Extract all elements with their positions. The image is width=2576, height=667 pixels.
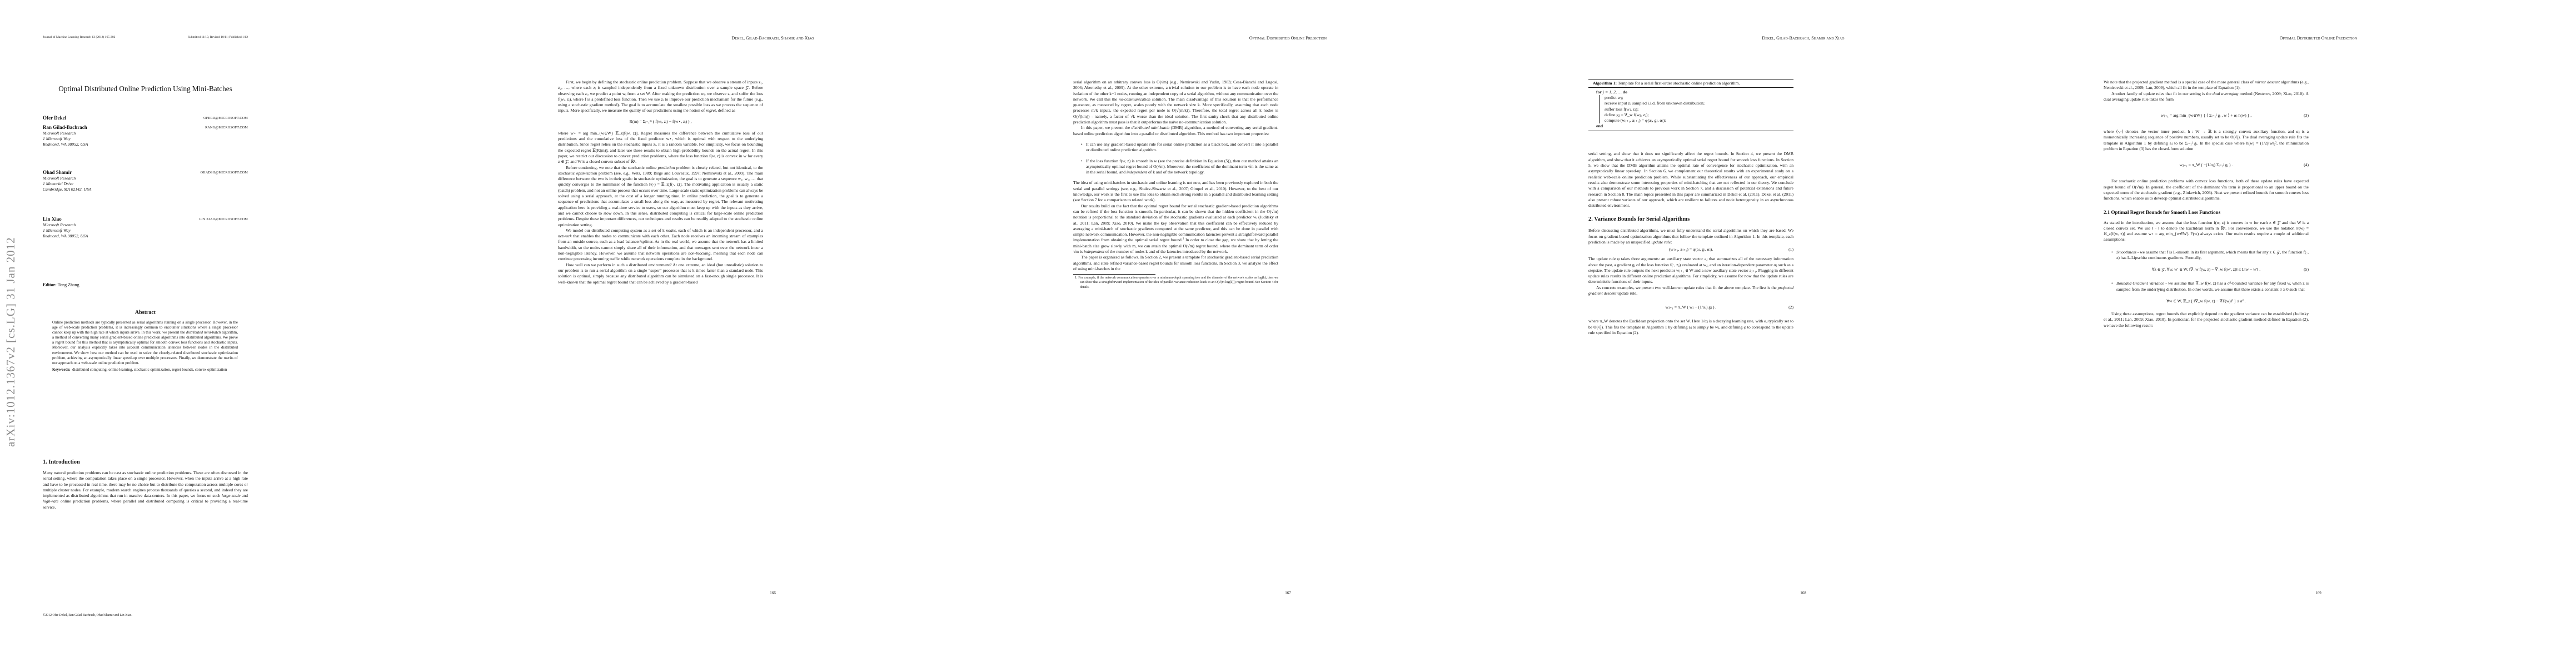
page-number: 169 [2061, 591, 2576, 595]
section-heading: 1. Introduction [43, 459, 248, 465]
equation-regret: R(m) = Σᵢ₌₁ᵐ ( f(wᵢ, zᵢ) − f(w⋆, zᵢ) ) , [558, 118, 763, 125]
paragraph: Many natural prediction problems can be … [43, 470, 248, 510]
equation-5: ∀z ∈ 𝒵, ∀w, w′ ∈ W, ‖∇_w f(w, z) − ∇_w f… [2104, 266, 2309, 273]
introduction-section: 1. Introduction Many natural prediction … [43, 459, 248, 510]
algorithm-body: for j = 1, 2, … do predict wⱼ; receive i… [1588, 88, 1793, 131]
equation-variance: ∀w ∈ W, 𝔼_z [ ‖∇_w f(w, z) − ∇F(w)‖² ] ≤… [2104, 298, 2309, 305]
for-loop-line: for j = 1, 2, … do [1596, 89, 1786, 95]
author-affiliation: Microsoft Research [43, 176, 248, 181]
author-email[interactable]: LIN.XIAO@MICROSOFT.COM [200, 217, 248, 221]
page-body: serial algorithm on an arbitrary convex … [1073, 79, 1278, 290]
paragraph: We note that the projected gradient meth… [2104, 79, 2309, 91]
author-address: 1 Microsoft Way [43, 136, 248, 142]
page-body: First, we begin by defining the stochast… [558, 79, 763, 285]
equation-1: (wⱼ₊₁, aⱼ₊₁) = φ(aⱼ, gⱼ, αⱼ).(1) [1588, 246, 1793, 253]
paragraph: As stated in the introduction, we assume… [2104, 220, 2309, 243]
author-city: Redmond, WA 98052, USA [43, 142, 248, 147]
list-item: Smoothness - we assume that f is L-smoot… [2116, 250, 2309, 273]
algorithm-label: Algorithm 1: [1593, 81, 1617, 86]
algorithm-step: predict wⱼ; [1605, 95, 1786, 101]
paragraph: serial algorithm on an arbitrary convex … [1073, 79, 1278, 125]
paragraph: Using these assumptions, regret bounds t… [2104, 311, 2309, 328]
algorithm-step: define gⱼ = ∇_w f(wⱼ, zⱼ); [1605, 112, 1786, 118]
page-1: arXiv:1012.1367v2 [cs.LG] 31 Jan 2012 Jo… [0, 0, 515, 667]
author-affiliation: Microsoft Research [43, 131, 248, 136]
footnote: 1. For example, if the network communica… [1073, 276, 1278, 290]
page-body: Algorithm 1: Template for a serial first… [1588, 79, 1793, 336]
algorithm-step: suffer loss f(wⱼ, zⱼ); [1605, 107, 1786, 112]
paragraph: First, we begin by defining the stochast… [558, 79, 763, 114]
keywords: Keywords: distributed computing, online … [52, 367, 238, 372]
author-address: 1 Memorial Drive [43, 181, 248, 187]
paper-title: Optimal Distributed Online Prediction Us… [43, 84, 248, 93]
paragraph: Before discussing distributed algorithms… [1588, 228, 1793, 245]
submission-dates: Submitted 11/10, Revised 10/11; Publishe… [188, 36, 248, 39]
paragraph: serial setting, and show that it does no… [1588, 151, 1793, 208]
author-block-3: Ohad Shamir OHADSH@MICROSOFT.COM Microso… [43, 170, 248, 192]
paragraph: The paper is organized as follows. In Se… [1073, 255, 1278, 272]
author-city: Redmond, WA 98052, USA [43, 233, 248, 239]
page-2: Dekel, Gilad-Bachrach, Shamir and Xiao F… [515, 0, 1030, 667]
subsection-heading: 2.1 Optimal Regret Bounds for Smooth Los… [2104, 210, 2309, 215]
editor-name: Tong Zhang [58, 282, 79, 287]
keywords-label: Keywords: [52, 367, 71, 372]
paragraph: Our results build on the fact that the o… [1073, 203, 1278, 255]
paragraph: where π_W denotes the Euclidean projecti… [1588, 318, 1793, 336]
author-email[interactable]: OHADSH@MICROSOFT.COM [200, 171, 248, 175]
loop-body: predict wⱼ; receive input zⱼ sampled i.i… [1599, 95, 1786, 123]
author-city: Cambridge, MA 02142, USA [43, 187, 248, 192]
page-number: 166 [515, 591, 1030, 595]
abstract-text: Online prediction methods are typically … [52, 320, 238, 366]
list-item: Bounded Gradient Variance - we assume th… [2116, 281, 2309, 305]
arxiv-stamp: arXiv:1012.1367v2 [cs.LG] 31 Jan 2012 [4, 237, 18, 447]
paragraph: How well can we perform in such a distri… [558, 262, 763, 285]
property-list: It can use any gradient-based update rul… [1073, 142, 1278, 175]
running-head: Optimal Distributed Online Prediction [1030, 36, 1546, 41]
paragraph: In this paper, we present the distribute… [1073, 125, 1278, 137]
algorithm-box: Algorithm 1: Template for a serial first… [1588, 79, 1793, 131]
page-number: 168 [1546, 591, 2061, 595]
footnote-rule [1073, 274, 1155, 275]
equation-3: wⱼ₊₁ = arg min_{w∈W} { ⟨ Σᵢ₌₁ʲ gᵢ , w ⟩ … [2104, 112, 2309, 119]
running-head: Dekel, Gilad-Bachrach, Shamir and Xiao [1546, 36, 2061, 41]
section-heading: 2. Variance Bounds for Serial Algorithms [1588, 216, 1793, 222]
page-body: We note that the projected gradient meth… [2104, 79, 2309, 328]
author-address: 1 Microsoft Way [43, 228, 248, 233]
paragraph: Before continuing, we note that the stoc… [558, 165, 763, 228]
author-block-1: Ofer Dekel OFERD@MICROSOFT.COM [43, 115, 248, 121]
paragraph: where w⋆ = arg min_{w∈W} 𝔼_z[f(w, z)]. R… [558, 131, 763, 165]
running-head: Optimal Distributed Online Prediction [2061, 36, 2576, 41]
end-line: end [1596, 123, 1786, 129]
paragraph: As concrete examples, we present two wel… [1588, 285, 1793, 297]
page-number: 167 [1030, 591, 1546, 595]
running-head: Dekel, Gilad-Bachrach, Shamir and Xiao [515, 36, 1030, 41]
abstract-heading: Abstract [43, 310, 248, 316]
paragraph: The update rule φ takes three arguments:… [1588, 256, 1793, 285]
page-5: Optimal Distributed Online Prediction We… [2061, 0, 2576, 667]
equation-4: wⱼ₊₁ = π_W ( −(1/αⱼ) Σᵢ₌₁ʲ gⱼ ) .(4) [2104, 162, 2309, 168]
author-block-2: Ran Gilad-Bachrach RANG@MICROSOFT.COM Mi… [43, 125, 248, 147]
copyright-notice: ©2012 Ofer Dekel, Ran Gilad-Bachrach, Oh… [43, 614, 132, 617]
author-email[interactable]: OFERD@MICROSOFT.COM [203, 116, 248, 120]
equation-2: wⱼ₊₁ = π_W ( wⱼ − (1/αⱼ) gⱼ ) ,(2) [1588, 304, 1793, 311]
author-block-4: Lin Xiao LIN.XIAO@MICROSOFT.COM Microsof… [43, 216, 248, 239]
list-item: If the loss function f(w, z) is smooth i… [1086, 158, 1278, 176]
paragraph: We model our distributed computing syste… [558, 228, 763, 262]
algorithm-caption: Algorithm 1: Template for a serial first… [1588, 79, 1793, 88]
abstract: Online prediction methods are typically … [52, 320, 238, 372]
paragraph: The idea of using mini-batches in stocha… [1073, 180, 1278, 203]
author-affiliation: Microsoft Research [43, 222, 248, 228]
paragraph: Another family of update rules that fit … [2104, 91, 2309, 103]
journal-header: Journal of Machine Learning Research 13 … [43, 36, 248, 39]
journal-citation: Journal of Machine Learning Research 13 … [43, 36, 115, 39]
author-email[interactable]: RANG@MICROSOFT.COM [205, 126, 248, 130]
algorithm-step: receive input zⱼ sampled i.i.d. from unk… [1605, 101, 1786, 106]
assumption-list: Smoothness - we assume that f is L-smoot… [2104, 250, 2309, 305]
page-3: Optimal Distributed Online Prediction se… [1030, 0, 1546, 667]
editor-label: Editor: [43, 282, 57, 287]
list-item: It can use any gradient-based update rul… [1086, 142, 1278, 153]
paragraph: where ⟨·,·⟩ denotes the vector inner pro… [2104, 129, 2309, 152]
page-4: Dekel, Gilad-Bachrach, Shamir and Xiao A… [1546, 0, 2061, 667]
algorithm-step: compute (wⱼ₊₁, aⱼ₊₁) = φ(aⱼ, gⱼ, αⱼ); [1605, 118, 1786, 123]
keywords-list: distributed computing, online learning, … [72, 367, 227, 372]
editor-line: Editor: Tong Zhang [43, 282, 79, 287]
paragraph: For stochastic online prediction problem… [2104, 178, 2309, 201]
